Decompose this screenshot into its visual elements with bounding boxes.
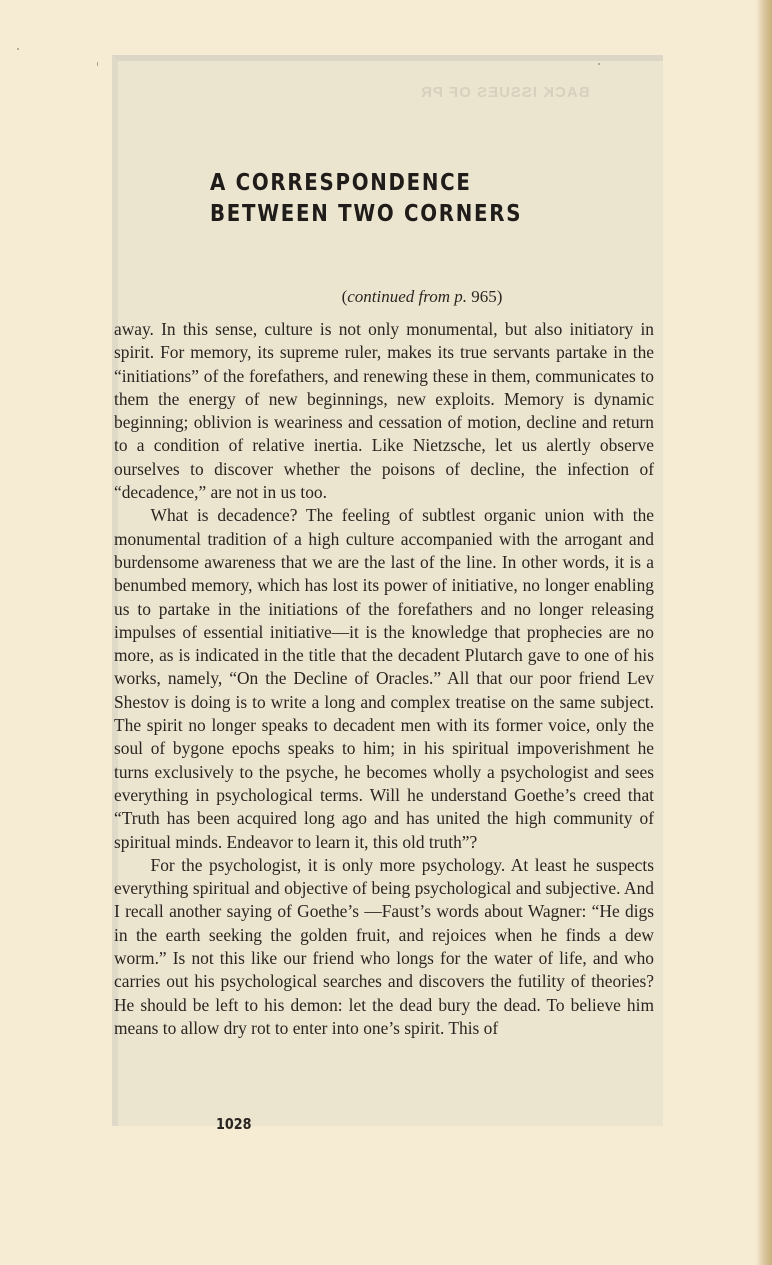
bleed-through-heading: BACK ISSUES OF PR	[420, 84, 590, 101]
paper-speck	[17, 48, 19, 50]
continued-note-page-ref: 965	[467, 287, 497, 306]
paragraph: For the psychologist, it is only more ps…	[114, 854, 654, 1040]
page-number: 1028	[216, 1115, 251, 1133]
continued-note-close: )	[497, 287, 503, 306]
page-edge-shadow	[756, 0, 772, 1265]
article-title-line-2: BETWEEN TWO CORNERS	[210, 199, 522, 230]
continued-note: (continued from p. 965)	[36, 287, 772, 307]
article-title-line-1: A CORRESPONDENCE	[210, 168, 522, 199]
paper-speck	[598, 63, 600, 65]
article-title: A CORRESPONDENCE BETWEEN TWO CORNERS	[210, 168, 522, 230]
paragraph: What is decadence? The feeling of subtle…	[114, 504, 654, 853]
paragraph: away. In this sense, culture is not only…	[114, 318, 654, 504]
continued-note-label: continued from p.	[347, 287, 467, 306]
paper-speck	[97, 62, 98, 66]
article-body: away. In this sense, culture is not only…	[114, 318, 654, 1040]
